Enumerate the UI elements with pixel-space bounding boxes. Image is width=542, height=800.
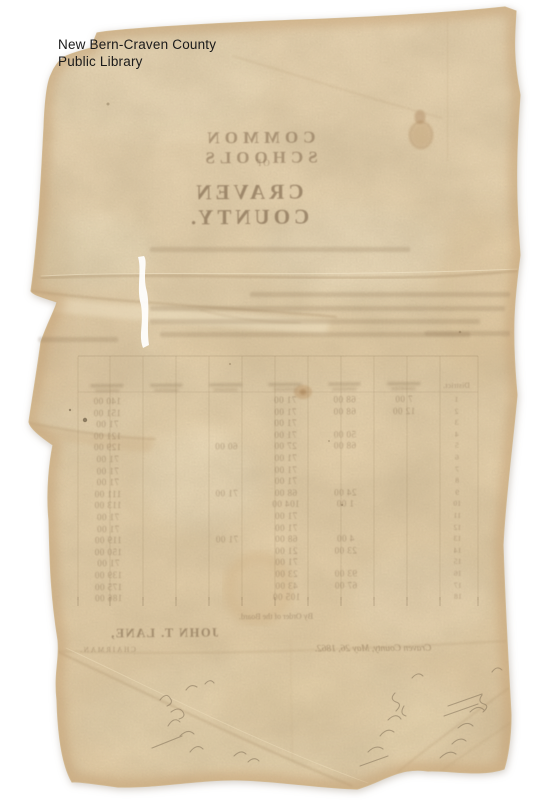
amount-cell xyxy=(196,430,255,442)
amount-cell xyxy=(197,569,256,581)
amount-cell xyxy=(375,475,434,487)
district-number: 1 xyxy=(433,394,479,406)
bleed-text-line xyxy=(150,306,505,311)
amount-cell xyxy=(374,440,433,452)
district-number: 17 xyxy=(435,579,481,591)
amount-cell xyxy=(375,545,434,557)
stamp-line-1: New Bern-Craven County xyxy=(58,36,216,53)
district-number: 10 xyxy=(434,498,480,510)
amount-cell xyxy=(375,521,434,533)
amount-cell xyxy=(315,475,374,487)
amount-cell: 129 00 xyxy=(78,442,137,454)
bleed-text-line xyxy=(425,331,510,336)
amount-cell xyxy=(374,417,433,429)
district-number: 4 xyxy=(434,428,480,440)
speck xyxy=(107,103,110,106)
amount-cell xyxy=(197,465,256,477)
amount-cell: 111 00 xyxy=(78,489,137,501)
amount-cell xyxy=(138,593,197,605)
amount-cell xyxy=(316,510,375,522)
speck xyxy=(69,409,71,411)
amount-cell xyxy=(197,476,256,488)
amount-cell: 67 00 xyxy=(316,580,375,592)
amount-cell xyxy=(197,581,256,593)
amount-cell: 140 00 xyxy=(77,396,136,408)
amount-cell xyxy=(137,430,196,442)
amount-cell: 186 00 xyxy=(79,593,138,605)
amount-cell: 1 00 xyxy=(315,499,374,511)
amount-cell xyxy=(375,568,434,580)
amount-cell: 151 00 xyxy=(78,408,137,420)
amount-cell xyxy=(315,452,374,464)
amount-cell: 71 00 xyxy=(256,453,315,465)
amount-cell xyxy=(196,418,255,430)
amount-cell xyxy=(138,535,197,547)
amount-cell: 50 00 xyxy=(315,429,374,441)
amount-cell: 71 00 xyxy=(257,557,316,569)
amount-cell: 68 00 xyxy=(315,406,374,418)
amount-cell: 71 00 xyxy=(78,477,137,489)
table-header-row: District. xyxy=(77,356,479,397)
district-number: 11 xyxy=(434,510,480,522)
library-stamp: New Bern-Craven County Public Library xyxy=(58,36,216,70)
amount-cell xyxy=(197,592,256,604)
amount-cell: 175 00 xyxy=(79,581,138,593)
amount-cell xyxy=(197,500,256,512)
column-header-illegible xyxy=(255,381,314,393)
amount-cell xyxy=(374,429,433,441)
district-number: 15 xyxy=(435,556,481,568)
column-header-illegible xyxy=(196,381,255,393)
district-number: 5 xyxy=(434,440,480,452)
amount-cell: 71 00 xyxy=(255,395,314,407)
bleed-title-craven-county: CRAVEN COUNTY. xyxy=(138,179,358,231)
amount-cell xyxy=(375,533,434,545)
amount-cell xyxy=(138,558,197,570)
amount-cell xyxy=(315,418,374,430)
amount-cell xyxy=(375,463,434,475)
amount-cell xyxy=(138,512,197,524)
amount-cell: 43 00 xyxy=(257,580,316,592)
bleed-footer-role: Chairman. xyxy=(74,646,140,654)
district-number: 2 xyxy=(433,405,479,417)
amount-cell: 71 00 xyxy=(78,419,137,431)
amount-cell: 12 00 xyxy=(374,406,433,418)
amount-cell xyxy=(137,454,196,466)
amount-cell: 68 00 xyxy=(315,441,374,453)
amount-cell: 68 00 xyxy=(256,487,315,499)
amount-cell xyxy=(375,487,434,499)
amount-cell xyxy=(137,500,196,512)
amount-cell: 139 00 xyxy=(79,570,138,582)
amount-cell: 121 00 xyxy=(78,431,137,443)
bleed-footer-dateline: Craven County, May 26, 1862. xyxy=(298,643,448,654)
amount-cell xyxy=(315,464,374,476)
amount-cell: 105 00 xyxy=(257,592,316,604)
district-number: 6 xyxy=(434,452,480,464)
amount-cell: 71 00 xyxy=(256,406,315,418)
amount-cell: 71 00 xyxy=(256,464,315,476)
amount-cell: 71 00 xyxy=(197,488,256,500)
amount-cell: 68 00 xyxy=(315,394,374,406)
amount-cell: 27 00 xyxy=(256,441,315,453)
amount-cell xyxy=(137,488,196,500)
column-header-illegible xyxy=(374,380,433,392)
district-number: 14 xyxy=(434,544,480,556)
amount-cell: 24 00 xyxy=(315,487,374,499)
amount-cell: 71 00 xyxy=(256,430,315,442)
amount-cell xyxy=(138,581,197,593)
amount-cell xyxy=(375,556,434,568)
amount-cell: 23 00 xyxy=(316,545,375,557)
amount-cell xyxy=(375,498,434,510)
amount-cell xyxy=(137,396,196,408)
table-body: 17 0068 0071 00140 00212 0068 0071 00151… xyxy=(77,394,480,605)
amount-cell: 7 00 xyxy=(374,394,433,406)
amount-cell: 71 00 xyxy=(78,524,137,536)
bleed-text-line xyxy=(250,292,510,297)
amount-cell: 150 00 xyxy=(78,547,137,559)
bleed-text-line xyxy=(150,319,480,324)
amount-cell xyxy=(138,546,197,558)
amount-cell xyxy=(137,442,196,454)
amount-cell xyxy=(316,522,375,534)
amount-cell: 23 00 xyxy=(257,569,316,581)
amount-cell: 71 00 xyxy=(79,558,138,570)
amount-cell xyxy=(138,569,197,581)
amount-cell: 21 00 xyxy=(256,545,315,557)
amount-cell xyxy=(197,546,256,558)
amount-cell xyxy=(196,395,255,407)
bleed-title-of: OF xyxy=(240,158,284,168)
amount-cell xyxy=(374,452,433,464)
column-header-district: District. xyxy=(433,380,479,392)
district-number: 16 xyxy=(435,568,481,580)
amount-cell: 71 00 xyxy=(78,454,137,466)
bleed-footer-order: By Order of the Board. xyxy=(226,612,326,622)
amount-cell: 71 00 xyxy=(256,522,315,534)
amount-cell: 119 00 xyxy=(78,535,137,547)
amount-cell: 71 00 xyxy=(78,466,137,478)
district-number: 3 xyxy=(434,417,480,429)
amount-cell: 4 00 xyxy=(316,533,375,545)
district-number: 7 xyxy=(434,463,480,475)
district-number: 12 xyxy=(434,521,480,533)
amount-cell: 71 00 xyxy=(256,418,315,430)
amount-cell: 71 00 xyxy=(197,534,256,546)
amount-cell xyxy=(137,407,196,419)
bleed-text-line xyxy=(150,247,410,252)
district-number: 9 xyxy=(434,486,480,498)
stamp-line-2: Public Library xyxy=(58,53,216,70)
amount-cell xyxy=(375,510,434,522)
district-number: 18 xyxy=(435,591,481,603)
scanned-document-page: New Bern-Craven County Public Library CO… xyxy=(0,0,542,800)
amount-cell: 60 00 xyxy=(196,442,255,454)
amount-cell xyxy=(316,591,375,603)
amount-cell xyxy=(197,557,256,569)
amount-cell: 68 00 xyxy=(256,534,315,546)
amount-cell xyxy=(197,511,256,523)
amount-cell xyxy=(137,419,196,431)
district-number: 13 xyxy=(434,533,480,545)
amount-cell: 104 00 xyxy=(256,499,315,511)
district-number: 8 xyxy=(434,475,480,487)
amount-cell xyxy=(375,579,434,591)
column-header-illegible xyxy=(315,380,374,392)
amount-cell xyxy=(375,591,434,603)
bleed-footer-signature: JOHN T. LANE, xyxy=(103,626,225,642)
amount-cell xyxy=(196,453,255,465)
amount-cell: 71 00 xyxy=(256,511,315,523)
amount-cell xyxy=(316,557,375,569)
bleedthrough-table: District. 17 0068 0071 00140 00212 0068 … xyxy=(77,356,481,605)
amount-cell xyxy=(196,407,255,419)
amount-cell: 71 00 xyxy=(78,512,137,524)
right-vertical-crease xyxy=(447,18,448,160)
column-header-illegible xyxy=(77,382,136,394)
amount-cell xyxy=(137,465,196,477)
amount-cell: 113 00 xyxy=(78,500,137,512)
column-header-illegible xyxy=(137,382,196,394)
amount-cell xyxy=(197,523,256,535)
amount-cell xyxy=(138,523,197,535)
amount-cell xyxy=(137,477,196,489)
amount-cell: 93 00 xyxy=(316,568,375,580)
bleed-text-line xyxy=(38,337,118,342)
amount-cell: 71 00 xyxy=(256,476,315,488)
bleed-text-line xyxy=(160,332,470,337)
